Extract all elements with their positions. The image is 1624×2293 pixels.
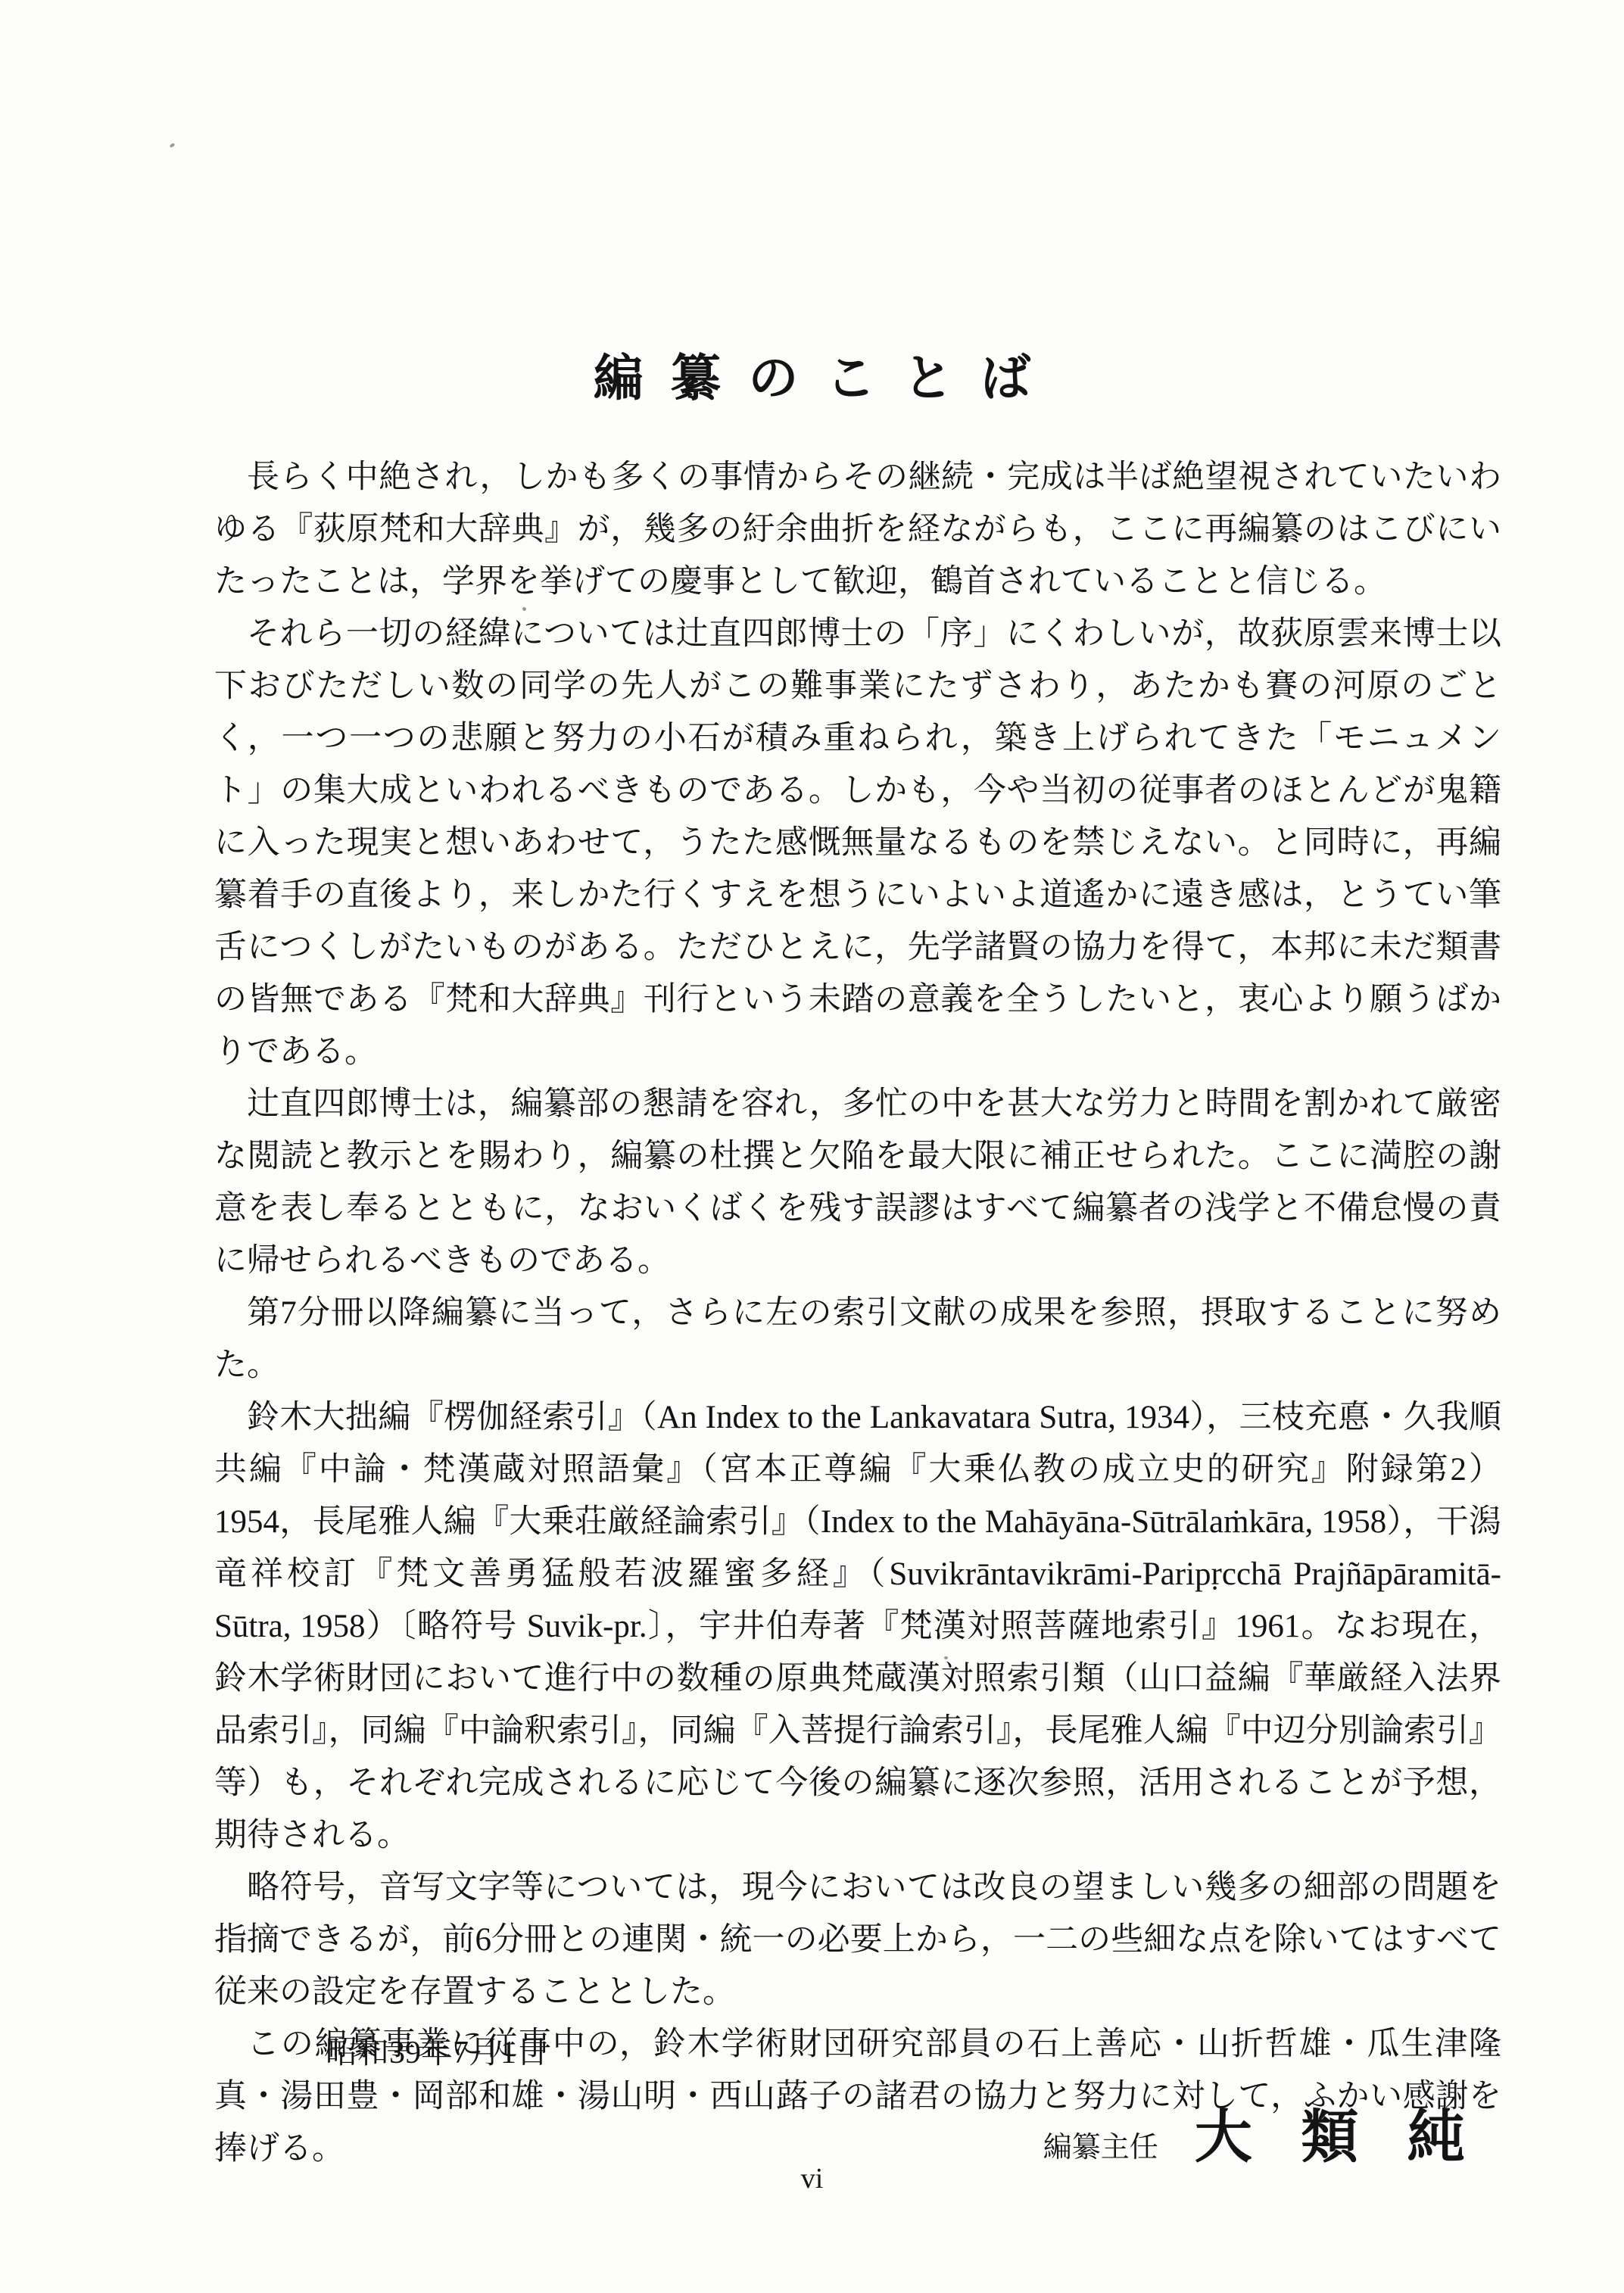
signature-role: 編纂主任 <box>1043 2132 1158 2164</box>
scanned-document-page: 編纂のことば 長らく中絶され，しかも多くの事情からその継続・完成は半ば絶望視され… <box>0 0 1624 2293</box>
page-number: vi <box>0 2162 1624 2195</box>
paragraph: それら一切の経緯については辻直四郎博士の「序」にくわしいが，故荻原雲来博士以下お… <box>214 608 1501 1078</box>
paragraph: 第7分冊以降編纂に当って，さらに左の索引文献の成果を参照，摂取することに努めた。 <box>214 1287 1501 1391</box>
scan-speck <box>169 142 175 148</box>
signature-block: 編纂主任大類純 <box>1043 2091 1465 2173</box>
paragraph: 辻直四郎博士は，編纂部の懇請を容れ，多忙の中を甚大な労力と時間を割かれて厳密な閲… <box>214 1078 1501 1287</box>
paragraph: 略符号，音写文字等については，現今においては改良の望ましい幾多の細部の問題を指摘… <box>214 1862 1501 2018</box>
signature-name: 大類純 <box>1195 2106 1514 2170</box>
page-title: 編纂のことば <box>0 338 1624 410</box>
date-line: 昭和39年7月1日 <box>326 2027 548 2073</box>
paragraph-bibliography: 鈴木大拙編『楞伽経索引』（An Index to the Lankavatara… <box>214 1391 1501 1862</box>
document-body: 長らく中絶され，しかも多くの事情からその継続・完成は半ば絶望視されていたいわゆる… <box>214 451 1501 2175</box>
paragraph: 長らく中絶され，しかも多くの事情からその継続・完成は半ば絶望視されていたいわゆる… <box>214 451 1501 608</box>
